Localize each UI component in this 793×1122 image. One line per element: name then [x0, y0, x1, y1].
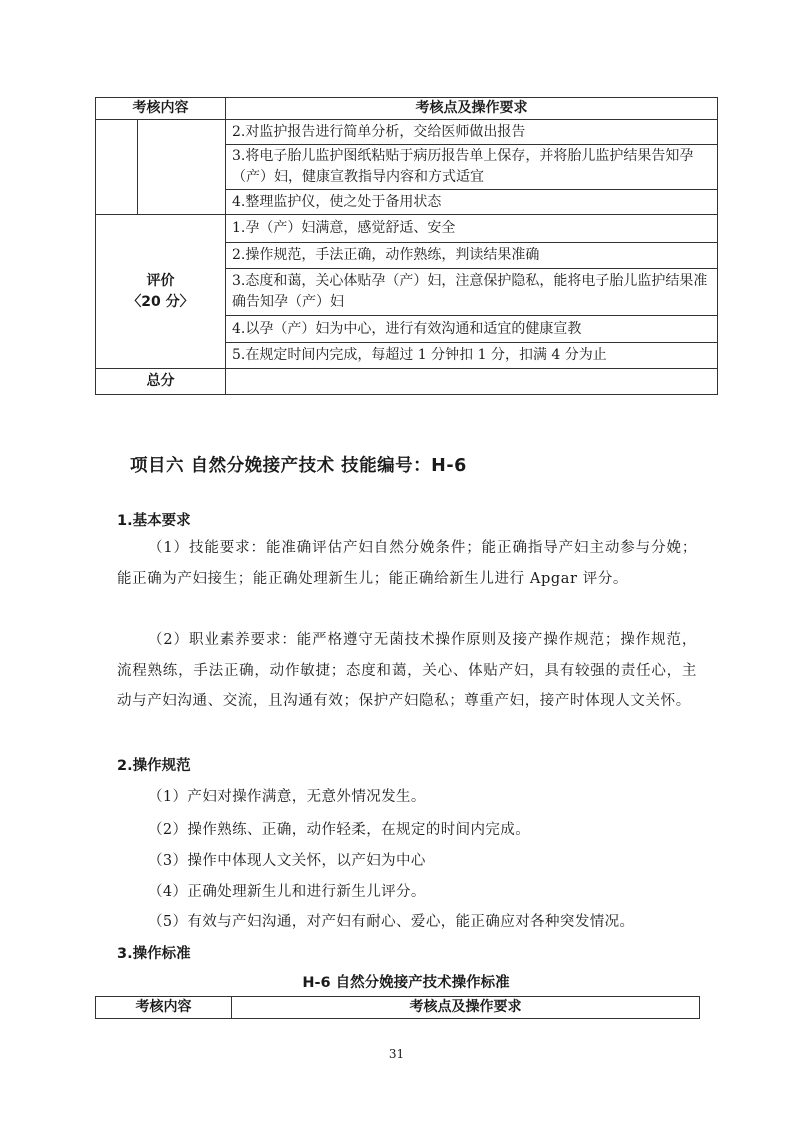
norm-item: （3）操作中体现人文关怀，以产妇为中心: [148, 851, 426, 871]
evaluation-points: 〈20 分〉: [102, 292, 219, 313]
standard-table-header: 考核内容 考核点及操作要求: [95, 996, 700, 1019]
norm-item: （1）产妇对操作满意，无意外情况发生。: [148, 787, 426, 807]
header-assessment-content: 考核内容: [96, 997, 232, 1019]
table-row: 4.整理监护仪，使之处于备用状态: [226, 190, 718, 215]
total-score-label: 总分: [96, 369, 226, 395]
norm-item: （4）正确处理新生儿和进行新生儿评分。: [148, 882, 426, 902]
table-row: 2.操作规范，手法正确，动作熟练，判读结果准确: [226, 243, 718, 269]
table-row: 4.以孕（产）妇为中心，进行有效沟通和适宜的健康宣教: [226, 316, 718, 343]
table-row: 3.态度和蔼，关心体贴孕（产）妇，注意保护隐私，能将电子胎儿监护结果准确告知孕（…: [226, 269, 718, 316]
evaluation-label: 评价: [102, 271, 219, 292]
evaluation-cell: 评价 〈20 分〉: [96, 215, 226, 369]
section-heading-norms: 2.操作规范: [117, 754, 191, 775]
table-row: 3.将电子胎儿监护图纸粘贴于病历报告单上保存，并将胎儿监护结果告知孕（产）妇，健…: [226, 145, 718, 190]
continued-subcategory-cell: [138, 120, 226, 215]
section-heading-standard: 3.操作标准: [117, 942, 191, 963]
continued-category-cell: [96, 120, 138, 215]
total-score-value: [226, 369, 718, 395]
table-row: 1.孕（产）妇满意，感觉舒适、安全: [226, 215, 718, 243]
paragraph-professional-requirements: （2）职业素养要求：能严格遵守无菌技术操作原则及接产操作规范；操作规范，流程熟练…: [117, 625, 697, 717]
norm-item: （2）操作熟练、正确，动作轻柔，在规定的时间内完成。: [148, 820, 530, 840]
header-assessment-points: 考核点及操作要求: [226, 98, 718, 120]
header-assessment-content: 考核内容: [96, 98, 226, 120]
header-assessment-points: 考核点及操作要求: [232, 997, 700, 1019]
paragraph-skill-requirements: （1）技能要求：能准确评估产妇自然分娩条件；能正确指导产妇主动参与分娩；能正确为…: [117, 533, 697, 594]
section-heading-basic: 1.基本要求: [117, 509, 191, 530]
assessment-table-continued: 考核内容 考核点及操作要求 2.对监护报告进行简单分析，交给医师做出报告 3.将…: [95, 97, 718, 395]
table-row: 5.在规定时间内完成，每超过 1 分钟扣 1 分，扣满 4 分为止: [226, 343, 718, 369]
norm-item: （5）有效与产妇沟通，对产妇有耐心、爱心，能正确应对各种突发情况。: [148, 912, 634, 932]
page-number: 31: [0, 1047, 793, 1061]
table-caption: H-6 自然分娩接产技术操作标准: [95, 971, 717, 992]
project-title: 项目六 自然分娩接产技术 技能编号：H-6: [130, 452, 467, 477]
table-row: 2.对监护报告进行简单分析，交给医师做出报告: [226, 120, 718, 145]
